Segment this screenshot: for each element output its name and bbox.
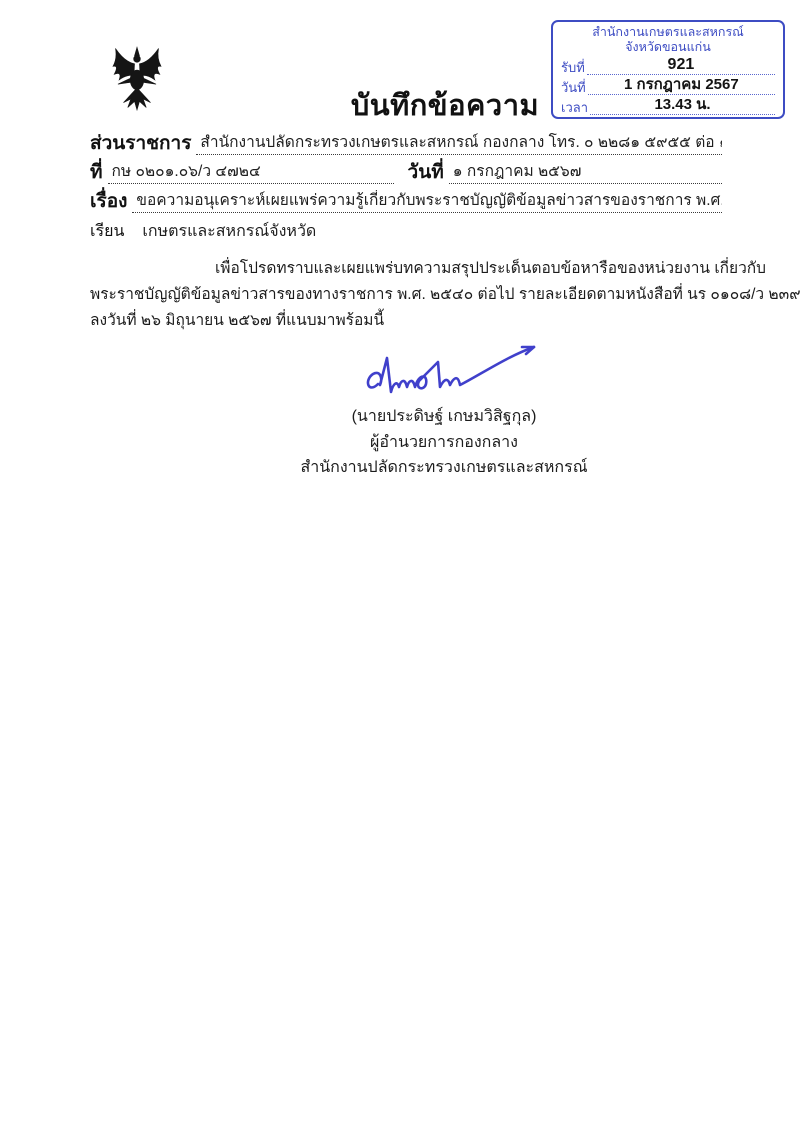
body-line: ลงวันที่ ๒๖ มิถุนายน ๒๕๖๗ ที่แนบมาพร้อมน… [90,308,732,334]
number-date-row: ที่ กษ ๐๒๐๑.๐๖/ว ๔๗๒๔ วันที่ ๑ กรกฎาคม ๒… [90,161,722,184]
department-row: ส่วนราชการ สำนักงานปลัดกระทรวงเกษตรและสห… [90,132,722,155]
doc-date-label: วันที่ [394,162,449,184]
body-paragraph: เพื่อโปรดทราบและเผยแพร่บทความสรุปประเด็น… [90,256,732,334]
stamp-receive-label: รับที่ [561,60,587,75]
stamp-office-line1: สำนักงานเกษตรและสหกรณ์ [561,25,775,40]
page-title: บันทึกข้อความ [300,82,590,128]
subject-row: เรื่อง ขอความอนุเคราะห์เผยแพร่ความรู้เกี… [90,190,722,213]
memo-document-page: สำนักงานเกษตรและสหกรณ์ จังหวัดขอนแก่น รั… [0,0,800,1131]
department-value: สำนักงานปลัดกระทรวงเกษตรและสหกรณ์ กองกลา… [196,132,722,155]
subject-value: ขอความอนุเคราะห์เผยแพร่ความรู้เกี่ยวกับพ… [132,190,722,213]
addressee-label: เรียน [90,221,138,243]
stamp-time-value: 13.43 น. [590,96,775,115]
signer-name: (นายประดิษฐ์ เกษมวิสิฐกุล) [248,404,640,429]
stamp-time-row: เวลา 13.43 น. [561,96,775,115]
stamp-date-row: วันที่ 1 กรกฎาคม 2567 [561,76,775,95]
signer-position: ผู้อำนวยการกองกลาง [248,430,640,455]
addressee-row: เรียน เกษตรและสหกรณ์จังหวัด [90,221,722,243]
doc-date-value: ๑ กรกฎาคม ๒๕๖๗ [449,161,722,184]
signer-office: สำนักงานปลัดกระทรวงเกษตรและสหกรณ์ [248,455,640,480]
doc-number-label: ที่ [90,162,108,184]
garuda-emblem-icon [106,46,168,126]
body-line: พระราชบัญญัติข้อมูลข่าวสารของทางราชการ พ… [90,282,732,308]
body-line: เพื่อโปรดทราบและเผยแพร่บทความสรุปประเด็น… [90,256,732,282]
doc-number-value: กษ ๐๒๐๑.๐๖/ว ๔๗๒๔ [108,161,394,184]
subject-label: เรื่อง [90,191,132,213]
stamp-receive-row: รับที่ 921 [561,56,775,75]
department-label: ส่วนราชการ [90,133,196,155]
stamp-date-value: 1 กรกฎาคม 2567 [588,76,775,95]
addressee-value: เกษตรและสหกรณ์จังหวัด [138,221,722,243]
signature-ink [356,340,548,402]
stamp-office-line2: จังหวัดขอนแก่น [561,40,775,55]
stamp-receive-value: 921 [587,56,775,75]
